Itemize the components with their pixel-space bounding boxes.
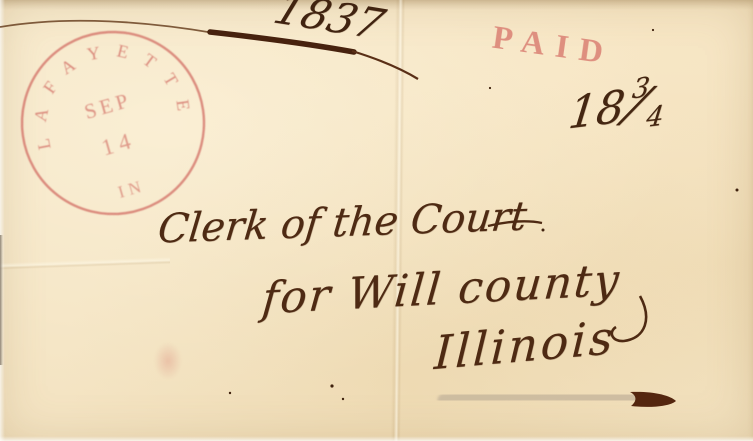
rate-denominator: 4: [645, 100, 666, 134]
lafayette-circular-postmark: LAFAYETTE SEP 14 IN: [10, 20, 216, 226]
top-flourish-tail-stroke: [352, 51, 418, 79]
rate-fraction-slash: ⁄: [626, 77, 647, 137]
postmark-state: IN: [116, 176, 148, 202]
postal-cover: LAFAYETTE SEP 14 IN: [0, 0, 753, 441]
underline-smudge-stroke: [444, 395, 632, 400]
rate-whole: 18: [566, 81, 628, 140]
rate-fraction: 3⁄4: [620, 75, 673, 142]
postmark-month: SEP: [82, 88, 135, 124]
underline-ink-blob: [630, 392, 676, 407]
postmark-day: 14: [99, 127, 140, 161]
